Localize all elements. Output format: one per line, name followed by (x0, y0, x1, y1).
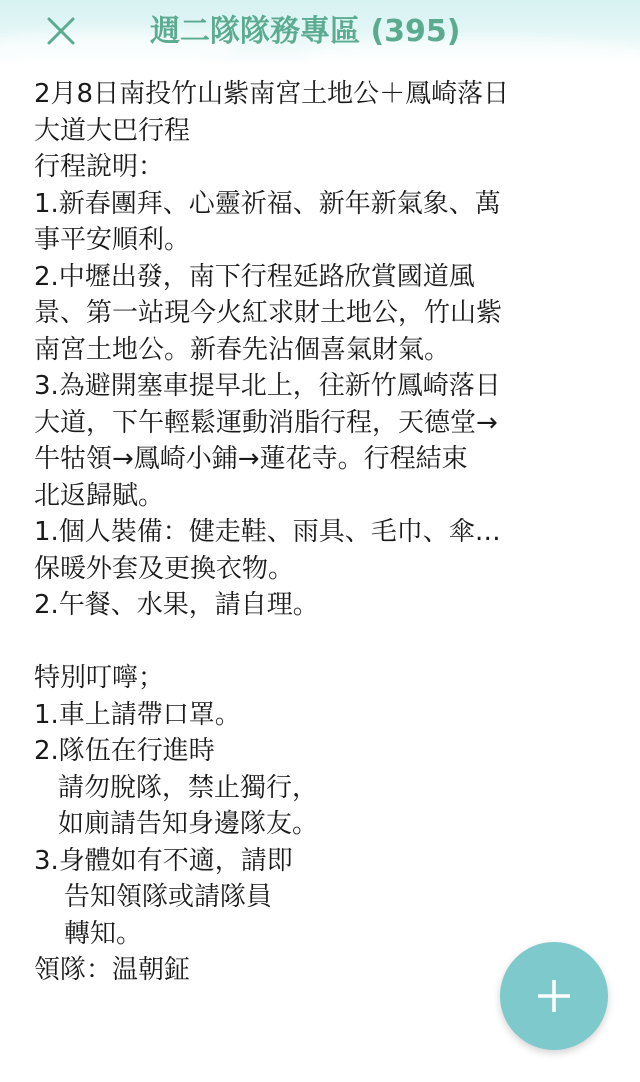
post-line: 1.車上請帶口罩。 (34, 697, 614, 734)
post-blank-line (34, 624, 614, 661)
post-line: 如廁請告知身邊隊友。 (34, 806, 614, 843)
post-line: 南宮土地公。新春先沾個喜氣財氣。 (34, 332, 614, 369)
post-line: 轉知。 (34, 916, 614, 953)
group-name: 週二隊隊務專區 (150, 14, 360, 49)
post-body: 2月8日南投竹山紫南宮土地公＋鳳崎落日 大道大巴行程 行程說明： 1.新春團拜、… (34, 76, 614, 989)
post-line: 大道，下午輕鬆運動消脂行程，天德堂→ (34, 405, 614, 442)
post-line: 3.為避開塞車提早北上，往新竹鳳崎落日 (34, 368, 614, 405)
close-icon (44, 14, 78, 48)
add-post-button[interactable] (500, 942, 608, 1050)
post-line: 景、第一站現今火紅求財土地公，竹山紫 (34, 295, 614, 332)
post-line: 2.午餐、水果，請自理。 (34, 587, 614, 624)
post-line: 北返歸賦。 (34, 478, 614, 515)
post-line: 特別叮嚀； (34, 660, 614, 697)
member-count: (395) (370, 14, 460, 49)
close-button[interactable] (44, 14, 78, 48)
plus-icon (534, 976, 574, 1016)
post-line: 牛牯領→鳳崎小鋪→蓮花寺。行程結束 (34, 441, 614, 478)
post-line: 告知領隊或請隊員 (34, 879, 614, 916)
post-line: 大道大巴行程 (34, 113, 614, 150)
post-line: 1.個人裝備：健走鞋、雨具、毛巾、傘… (34, 514, 614, 551)
page-title: 週二隊隊務專區 (395) (150, 11, 461, 53)
post-line: 請勿脫隊，禁止獨行， (34, 770, 614, 807)
post-line: 3.身體如有不適，請即 (34, 843, 614, 880)
post-line: 保暖外套及更換衣物。 (34, 551, 614, 588)
post-line: 行程說明： (34, 149, 614, 186)
post-line: 1.新春團拜、心靈祈福、新年新氣象、萬 (34, 186, 614, 223)
post-line: 2.中壢出發，南下行程延路欣賞國道風 (34, 259, 614, 296)
post-line: 2.隊伍在行進時 (34, 733, 614, 770)
post-line: 事平安順利。 (34, 222, 614, 259)
header-bar: 週二隊隊務專區 (395) (0, 0, 640, 66)
post-line: 2月8日南投竹山紫南宮土地公＋鳳崎落日 (34, 76, 614, 113)
